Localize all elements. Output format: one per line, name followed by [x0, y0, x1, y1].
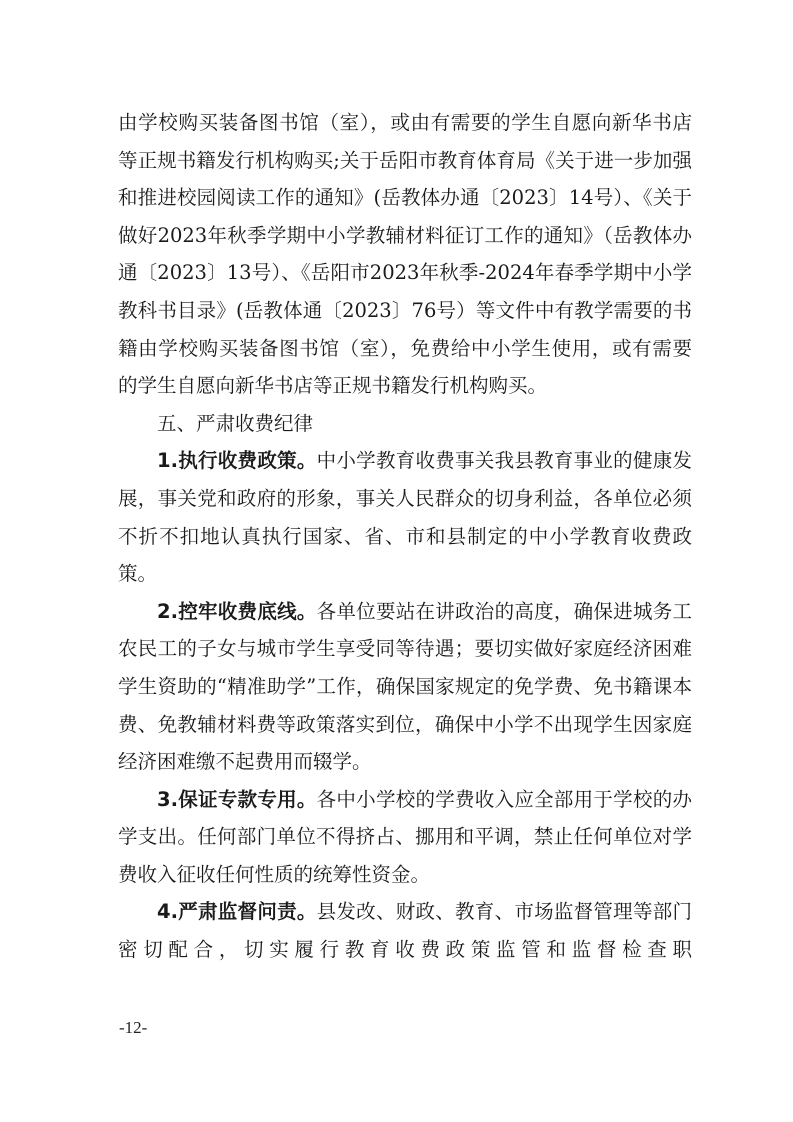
list-item-4: 4.严肃监督问责。县发改、财政、教育、市场监督管理等部门密切配合，切实履行教育收… [118, 893, 692, 968]
paragraph-continuation: 由学校购买装备图书馆（室），或由有需要的学生自愿向新华书店等正规书籍发行机构购买… [118, 104, 692, 405]
item-title: 1.执行收费政策。 [157, 449, 317, 472]
item-text: 各单位要站在讲政治的高度，确保进城务工农民工的子女与城市学生享受同等待遇；要切实… [118, 600, 692, 773]
item-title: 3.保证专款专用。 [157, 788, 317, 811]
item-title: 4.严肃监督问责。 [157, 900, 317, 923]
document-body: 由学校购买装备图书馆（室），或由有需要的学生自愿向新华书店等正规书籍发行机构购买… [118, 104, 692, 969]
item-title: 2.控牢收费底线。 [157, 600, 317, 623]
page-number: -12- [119, 1018, 147, 1038]
section-heading: 五、严肃收费纪律 [118, 405, 692, 443]
list-item-1: 1.执行收费政策。中小学教育收费事关我县教育事业的健康发展，事关党和政府的形象，… [118, 442, 692, 592]
list-item-3: 3.保证专款专用。各中小学校的学费收入应全部用于学校的办学支出。任何部门单位不得… [118, 781, 692, 894]
list-item-2: 2.控牢收费底线。各单位要站在讲政治的高度，确保进城务工农民工的子女与城市学生享… [118, 593, 692, 781]
